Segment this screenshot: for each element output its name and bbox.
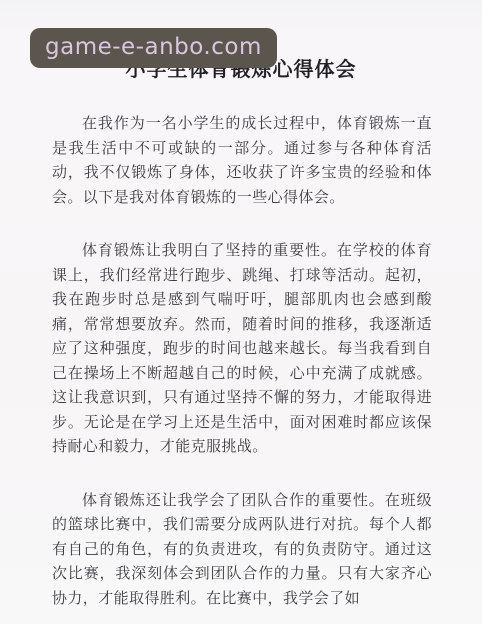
paragraph-teamwork: 体育锻炼还让我学会了团队合作的重要性。在班级的篮球比赛中，我们需要分成两队进行对…: [52, 488, 432, 611]
document-body: 在我作为一名小学生的成长过程中，体育锻炼一直是我生活中不可或缺的一部分。通过参与…: [52, 111, 432, 610]
document-page: game-e-anbo.com 小学生体育锻炼心得体会 在我作为一名小学生的成长…: [0, 0, 482, 624]
watermark-badge: game-e-anbo.com: [30, 28, 277, 68]
paragraph-intro: 在我作为一名小学生的成长过程中，体育锻炼一直是我生活中不可或缺的一部分。通过参与…: [52, 111, 432, 209]
paragraph-perseverance: 体育锻炼让我明白了坚持的重要性。在学校的体育课上，我们经常进行跑步、跳绳、打球等…: [52, 238, 432, 459]
